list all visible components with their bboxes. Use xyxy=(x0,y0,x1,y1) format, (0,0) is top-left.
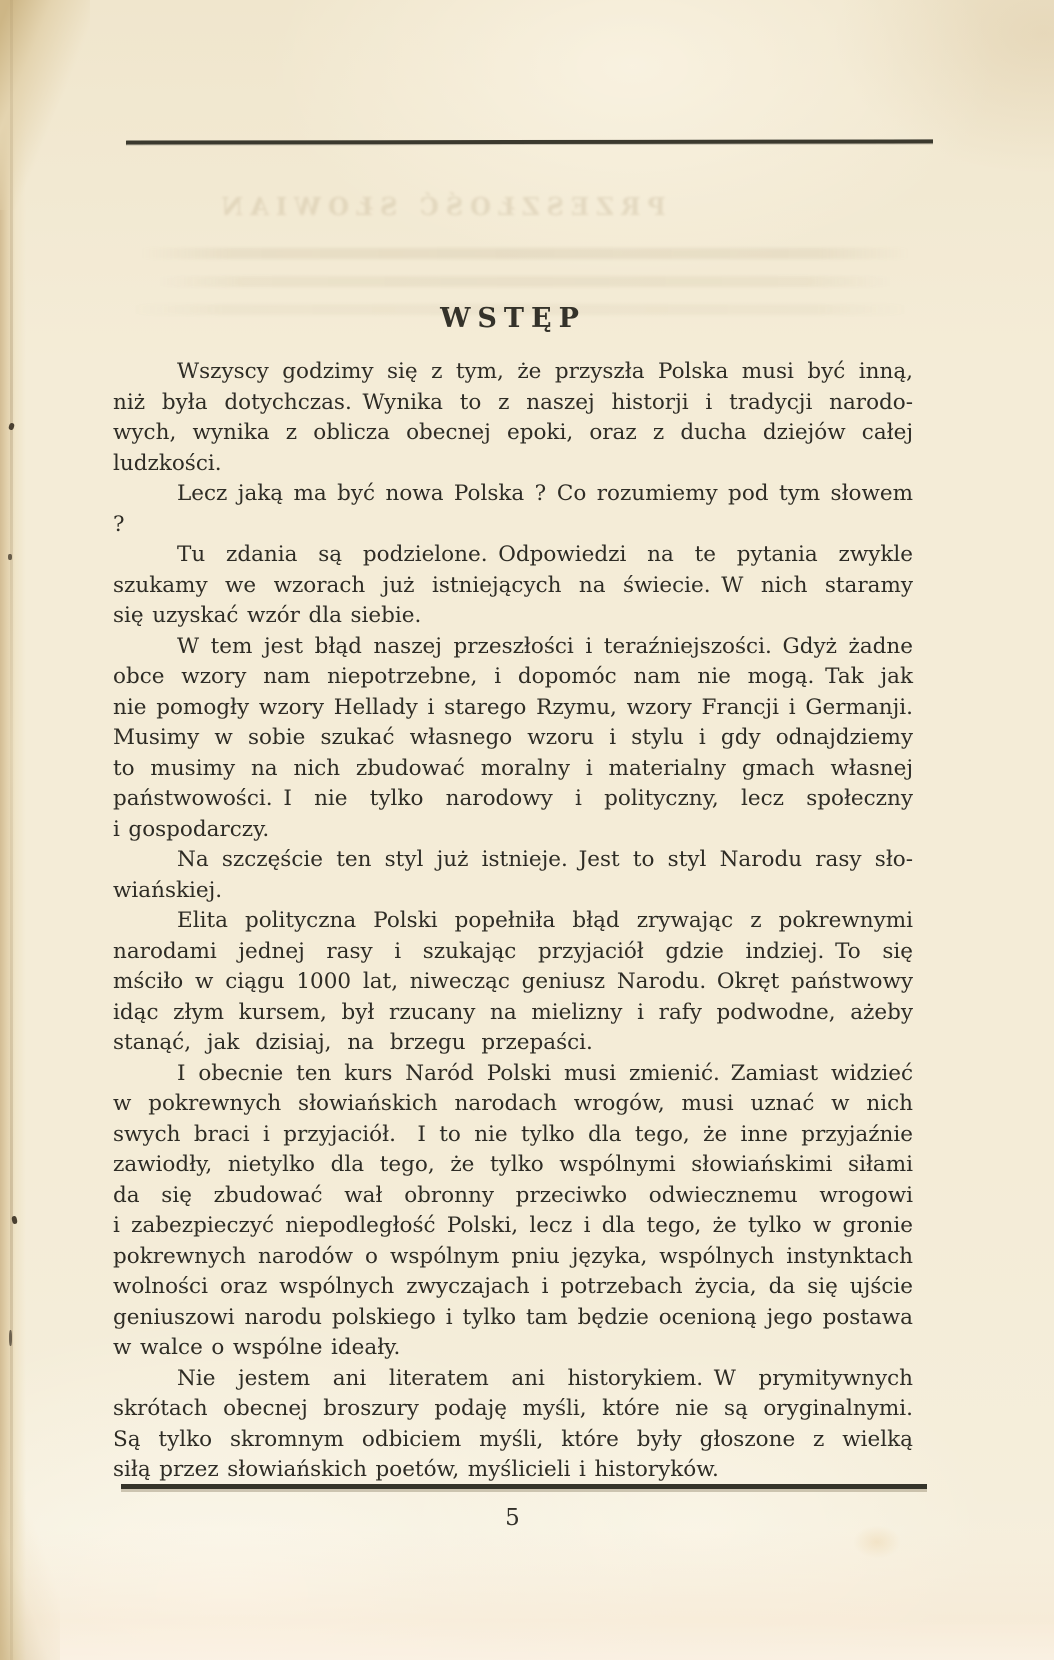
text-line: Lecz jaką ma być nowa Polska ? Co rozumi… xyxy=(113,479,913,540)
text-line: i zabezpieczyć niepodległość Polski, lec… xyxy=(113,1211,913,1242)
bleed-through-title: PRZESZŁOŚĆ SŁOWIAN xyxy=(160,192,720,221)
text-line: I obecnie ten kurs Naród Polski musi zmi… xyxy=(113,1059,913,1090)
text-line: Wszyscy godzimy się z tym, że przyszła P… xyxy=(113,357,913,388)
binding-corner-top xyxy=(0,0,90,210)
text-line: wiańskiej. xyxy=(113,876,913,907)
text-line: się uzyskać wzór dla siebie. xyxy=(113,601,913,632)
text-line: w pokrewnych słowiańskich narodach wrogó… xyxy=(113,1089,913,1120)
text-line: siłą przez słowiańskich poetów, myślicie… xyxy=(113,1455,913,1486)
chapter-title: WSTĘP xyxy=(113,303,913,334)
text-line: geniuszowi narodu polskiego i tylko tam … xyxy=(113,1303,913,1334)
ink-speck xyxy=(8,554,12,560)
text-line: skrótach obecnej broszury podaję myśli, … xyxy=(113,1394,913,1425)
text-line: idąc złym kursem, był rzucany na mielizn… xyxy=(113,998,913,1029)
text-line: stanąć, jak dzisiaj, na brzegu przepaści… xyxy=(113,1028,913,1059)
binding-edge xyxy=(0,0,26,1660)
text-line: zawiodły, nietylko dla tego, że tylko ws… xyxy=(113,1150,913,1181)
text-line: pokrewnych narodów o wspólnym pniu język… xyxy=(113,1242,913,1273)
ink-speck xyxy=(9,1330,12,1346)
text-line: W tem jest błąd naszej przeszłości i ter… xyxy=(113,632,913,663)
text-line: Musimy w sobie szukać własnego wzoru i s… xyxy=(113,723,913,754)
text-line: obce wzory nam niepotrzebne, i dopomóc n… xyxy=(113,662,913,693)
text-line: niż była dotychczas. Wynika to z naszej … xyxy=(113,388,913,419)
text-line: narodami jednej rasy i szukając przyjaci… xyxy=(113,937,913,968)
text-line: wych, wynika z oblicza obecnej epoki, or… xyxy=(113,418,913,449)
bleed-through-smudge xyxy=(155,276,895,287)
text-line: szukamy we wzorach już istniejących na ś… xyxy=(113,571,913,602)
text-line: mściło w ciągu 1000 lat, niwecząc genius… xyxy=(113,967,913,998)
text-line: Tu zdania są podzielone. Odpowiedzi na t… xyxy=(113,540,913,571)
text-line: państwowości. I nie tylko narodowy i pol… xyxy=(113,784,913,815)
text-line: da się zbudować wał obronny przeciwko od… xyxy=(113,1181,913,1212)
bleed-through-smudge xyxy=(140,248,910,259)
text-line: w walce o wspólne ideały. xyxy=(113,1333,913,1364)
text-line: Elita polityczna Polski popełniła błąd z… xyxy=(113,906,913,937)
page-crease xyxy=(10,0,13,1660)
text-line: Są tylko skromnym odbiciem myśli, które … xyxy=(113,1425,913,1456)
text-line: nie pomogły wzory Hellady i starego Rzym… xyxy=(113,693,913,724)
binding-corner-bottom xyxy=(0,1440,60,1660)
text-line: swych braci i przyjaciół. I to nie tylko… xyxy=(113,1120,913,1151)
page-number: 5 xyxy=(113,1505,913,1531)
text-line: wolności oraz wspólnych zwyczajach i pot… xyxy=(113,1272,913,1303)
text-line: Na szczęście ten styl już istnieje. Jest… xyxy=(113,845,913,876)
text-line: i gospodarczy. xyxy=(113,815,913,846)
text-line: to musimy na nich zbudować moralny i mat… xyxy=(113,754,913,785)
text-line: Nie jestem ani literatem ani historykiem… xyxy=(113,1364,913,1395)
text-line: ludzkości. xyxy=(113,449,913,480)
text-block: Wszyscy godzimy się z tym, że przyszła P… xyxy=(113,357,913,1486)
footer-rule xyxy=(121,1484,927,1489)
